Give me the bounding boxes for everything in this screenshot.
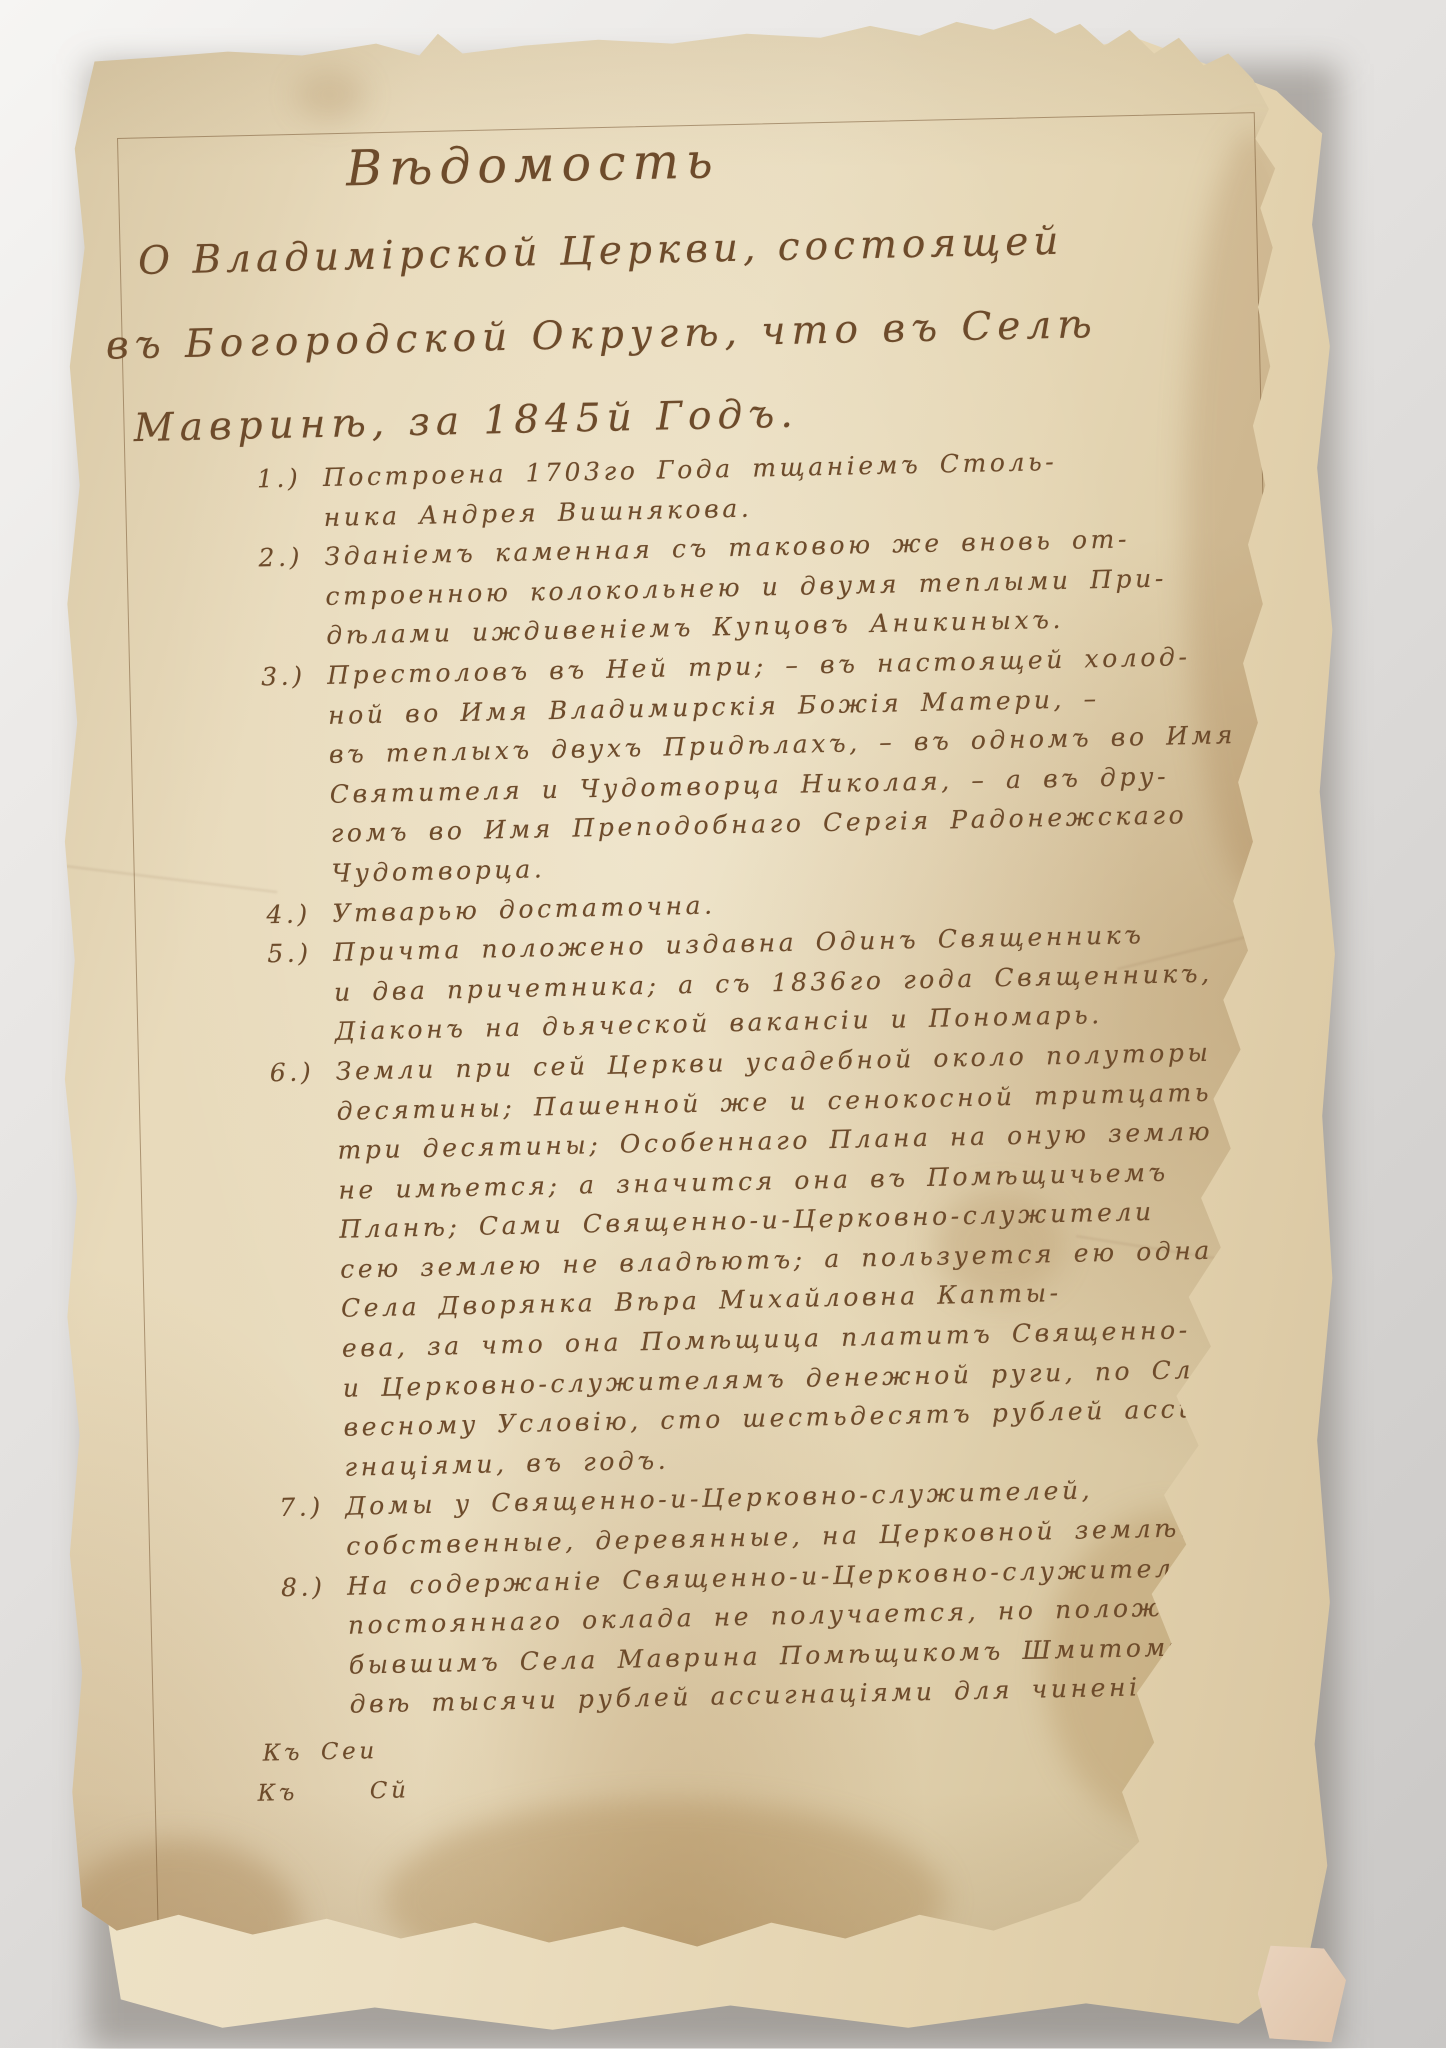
item-number: 6.) (269, 1052, 314, 1093)
list-item: 6.)Земли при сей Церкви усадебной около … (335, 1032, 1244, 1487)
item-number: 2.) (258, 538, 303, 579)
catchword-block: Къ Сеи КъСй (262, 1713, 1251, 1814)
body-text: 1.)Построена 1703го Года тщаніемъ Столь-… (322, 438, 1251, 1811)
list-item: 8.)На содержаніе Священно-и-Церковно-слу… (347, 1547, 1250, 1725)
list-item: 2.)Зданіемъ каменная съ таковою же вновь… (324, 518, 1226, 656)
manuscript-page: ВѣдомостьО Владимірской Церкви, состояще… (55, 10, 1290, 1990)
item-number: 7.) (279, 1488, 324, 1529)
stain (295, 70, 365, 120)
item-number: 8.) (281, 1567, 326, 1608)
items: 1.)Построена 1703го Года тщаніемъ Столь-… (322, 438, 1249, 1724)
title-line: Вѣдомость (345, 106, 1155, 216)
item-number: 3.) (261, 656, 306, 697)
catchword-right: Сй (370, 1777, 410, 1804)
list-item: 5.)Причта положено издавна Одинъ Священн… (333, 913, 1235, 1051)
crease-line (64, 865, 278, 893)
item-number: 4.) (266, 894, 311, 935)
list-item: 3.)Престоловъ въ Ней три; – въ настоящей… (327, 636, 1232, 893)
item-number: 1.) (256, 458, 301, 499)
item-number: 5.) (267, 933, 312, 974)
catchword-left: Къ (257, 1779, 298, 1806)
title-block: ВѣдомостьО Владимірской Церкви, состояще… (53, 106, 1160, 472)
